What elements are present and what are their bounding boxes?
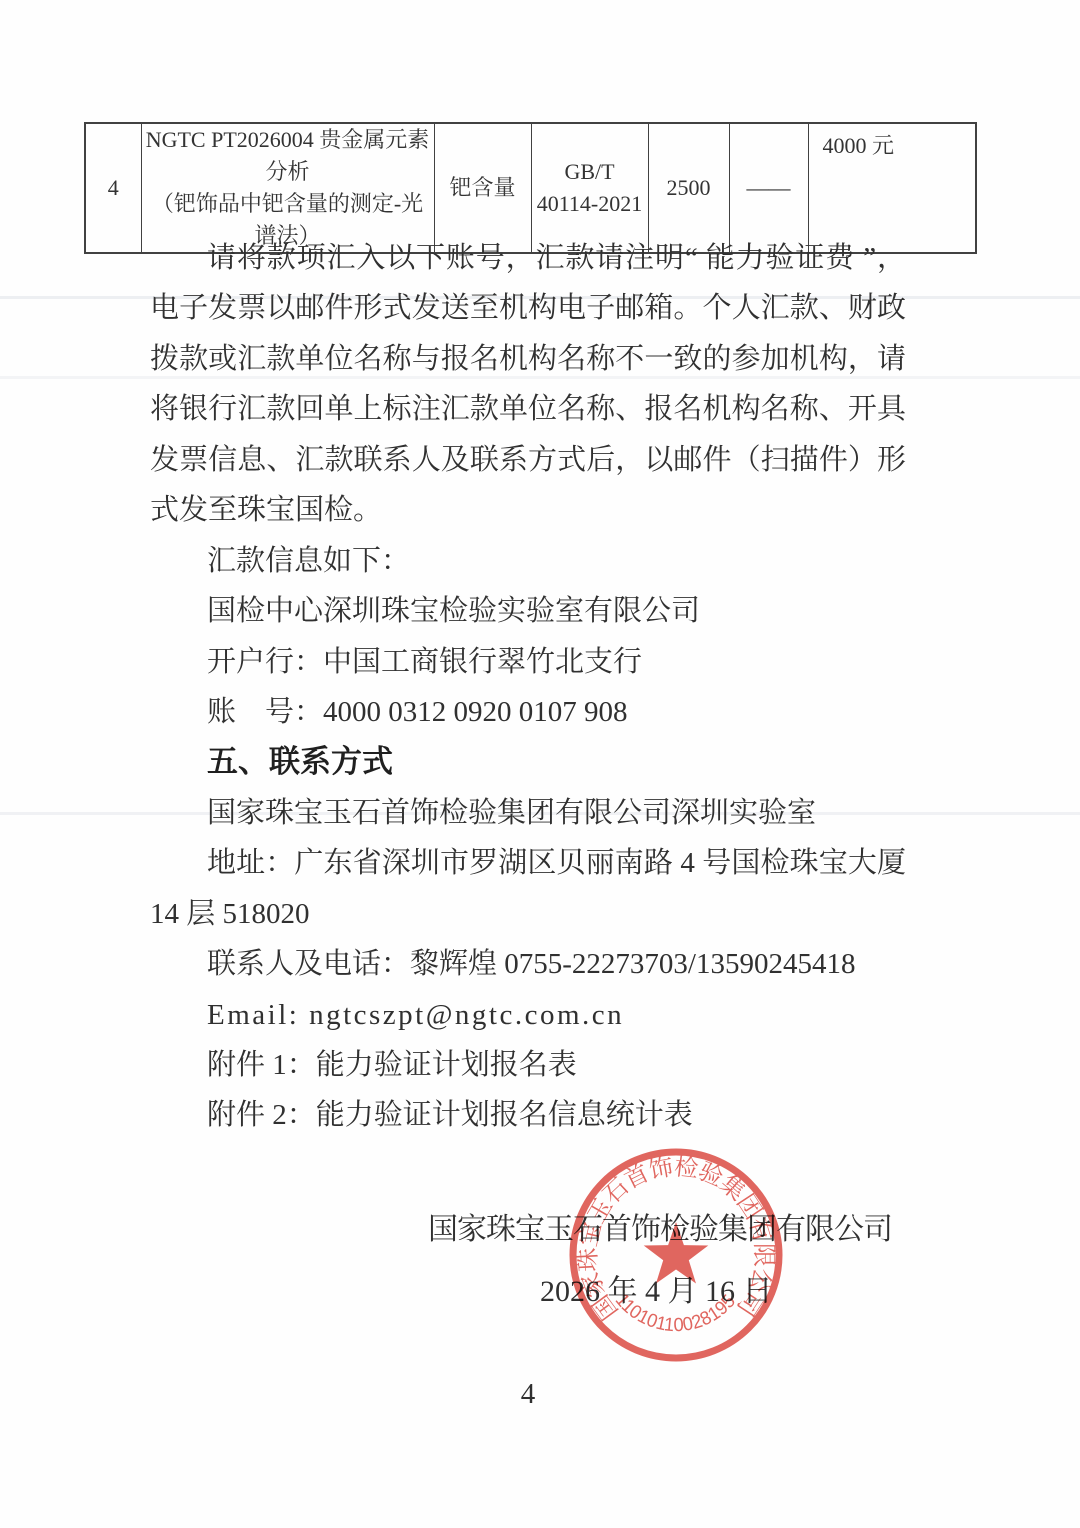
page-number: 4 xyxy=(0,1378,1056,1411)
body-line: 拨款或汇款单位名称与报名机构名称不一致的参加机构，请 xyxy=(150,334,906,384)
bank-line: 开户行：中国工商银行翠竹北支行 xyxy=(150,637,906,687)
standard-line1: GB/T xyxy=(532,156,648,188)
body-line: 请将款项汇入以下账号，汇款请注明“ 能力验证费 ”， xyxy=(150,233,906,283)
service-name-line1: NGTC PT2026004 贵金属元素分析 xyxy=(142,124,434,188)
address-line2: 14 层 518020 xyxy=(150,889,906,939)
section-heading-contact: 五、联系方式 xyxy=(150,737,906,787)
body-text: 请将款项汇入以下账号，汇款请注明“ 能力验证费 ”， 电子发票以邮件形式发送至机… xyxy=(150,233,906,1141)
row-index-cell: 4 xyxy=(85,123,141,253)
contact-phone-line: 联系人及电话：黎辉煌 0755-22273703/13590245418 xyxy=(150,939,906,989)
seal-number: 11010110028195 xyxy=(611,1290,740,1336)
svg-text:11010110028195: 11010110028195 xyxy=(611,1290,740,1336)
document-page: 4 NGTC PT2026004 贵金属元素分析 （钯饰品中钯含量的测定-光谱法… xyxy=(0,0,1080,1528)
body-line: 式发至珠宝国检。 xyxy=(150,485,906,535)
seal-star-icon xyxy=(644,1222,709,1284)
lab-name-line: 国家珠宝玉石首饰检验集团有限公司深圳实验室 xyxy=(150,788,906,838)
account-number-line: 账 号：4000 0312 0920 0107 908 xyxy=(150,687,906,737)
body-line: 将银行汇款回单上标注汇款单位名称、报名机构名称、开具 xyxy=(150,384,906,434)
company-seal: 国家珠宝玉石首饰检验集团有限公司 11010110028195 xyxy=(565,1144,787,1366)
standard-line2: 40114-2021 xyxy=(532,188,648,220)
attachment-2-line: 附件 2：能力验证计划报名信息统计表 xyxy=(150,1090,906,1140)
remittance-payee-line: 国检中心深圳珠宝检验实验室有限公司 xyxy=(150,586,906,636)
email-line: Email: ngtcszpt@ngtc.com.cn xyxy=(150,990,906,1040)
address-line: 地址：广东省深圳市罗湖区贝丽南路 4 号国检珠宝大厦 xyxy=(150,838,906,888)
body-line: 电子发票以邮件形式发送至机构电子邮箱。个人汇款、财政 xyxy=(150,283,906,333)
body-line: 汇款信息如下： xyxy=(150,536,906,586)
attachment-1-line: 附件 1：能力验证计划报名表 xyxy=(150,1040,906,1090)
body-line: 发票信息、汇款联系人及联系方式后，以邮件（扫描件）形 xyxy=(150,435,906,485)
